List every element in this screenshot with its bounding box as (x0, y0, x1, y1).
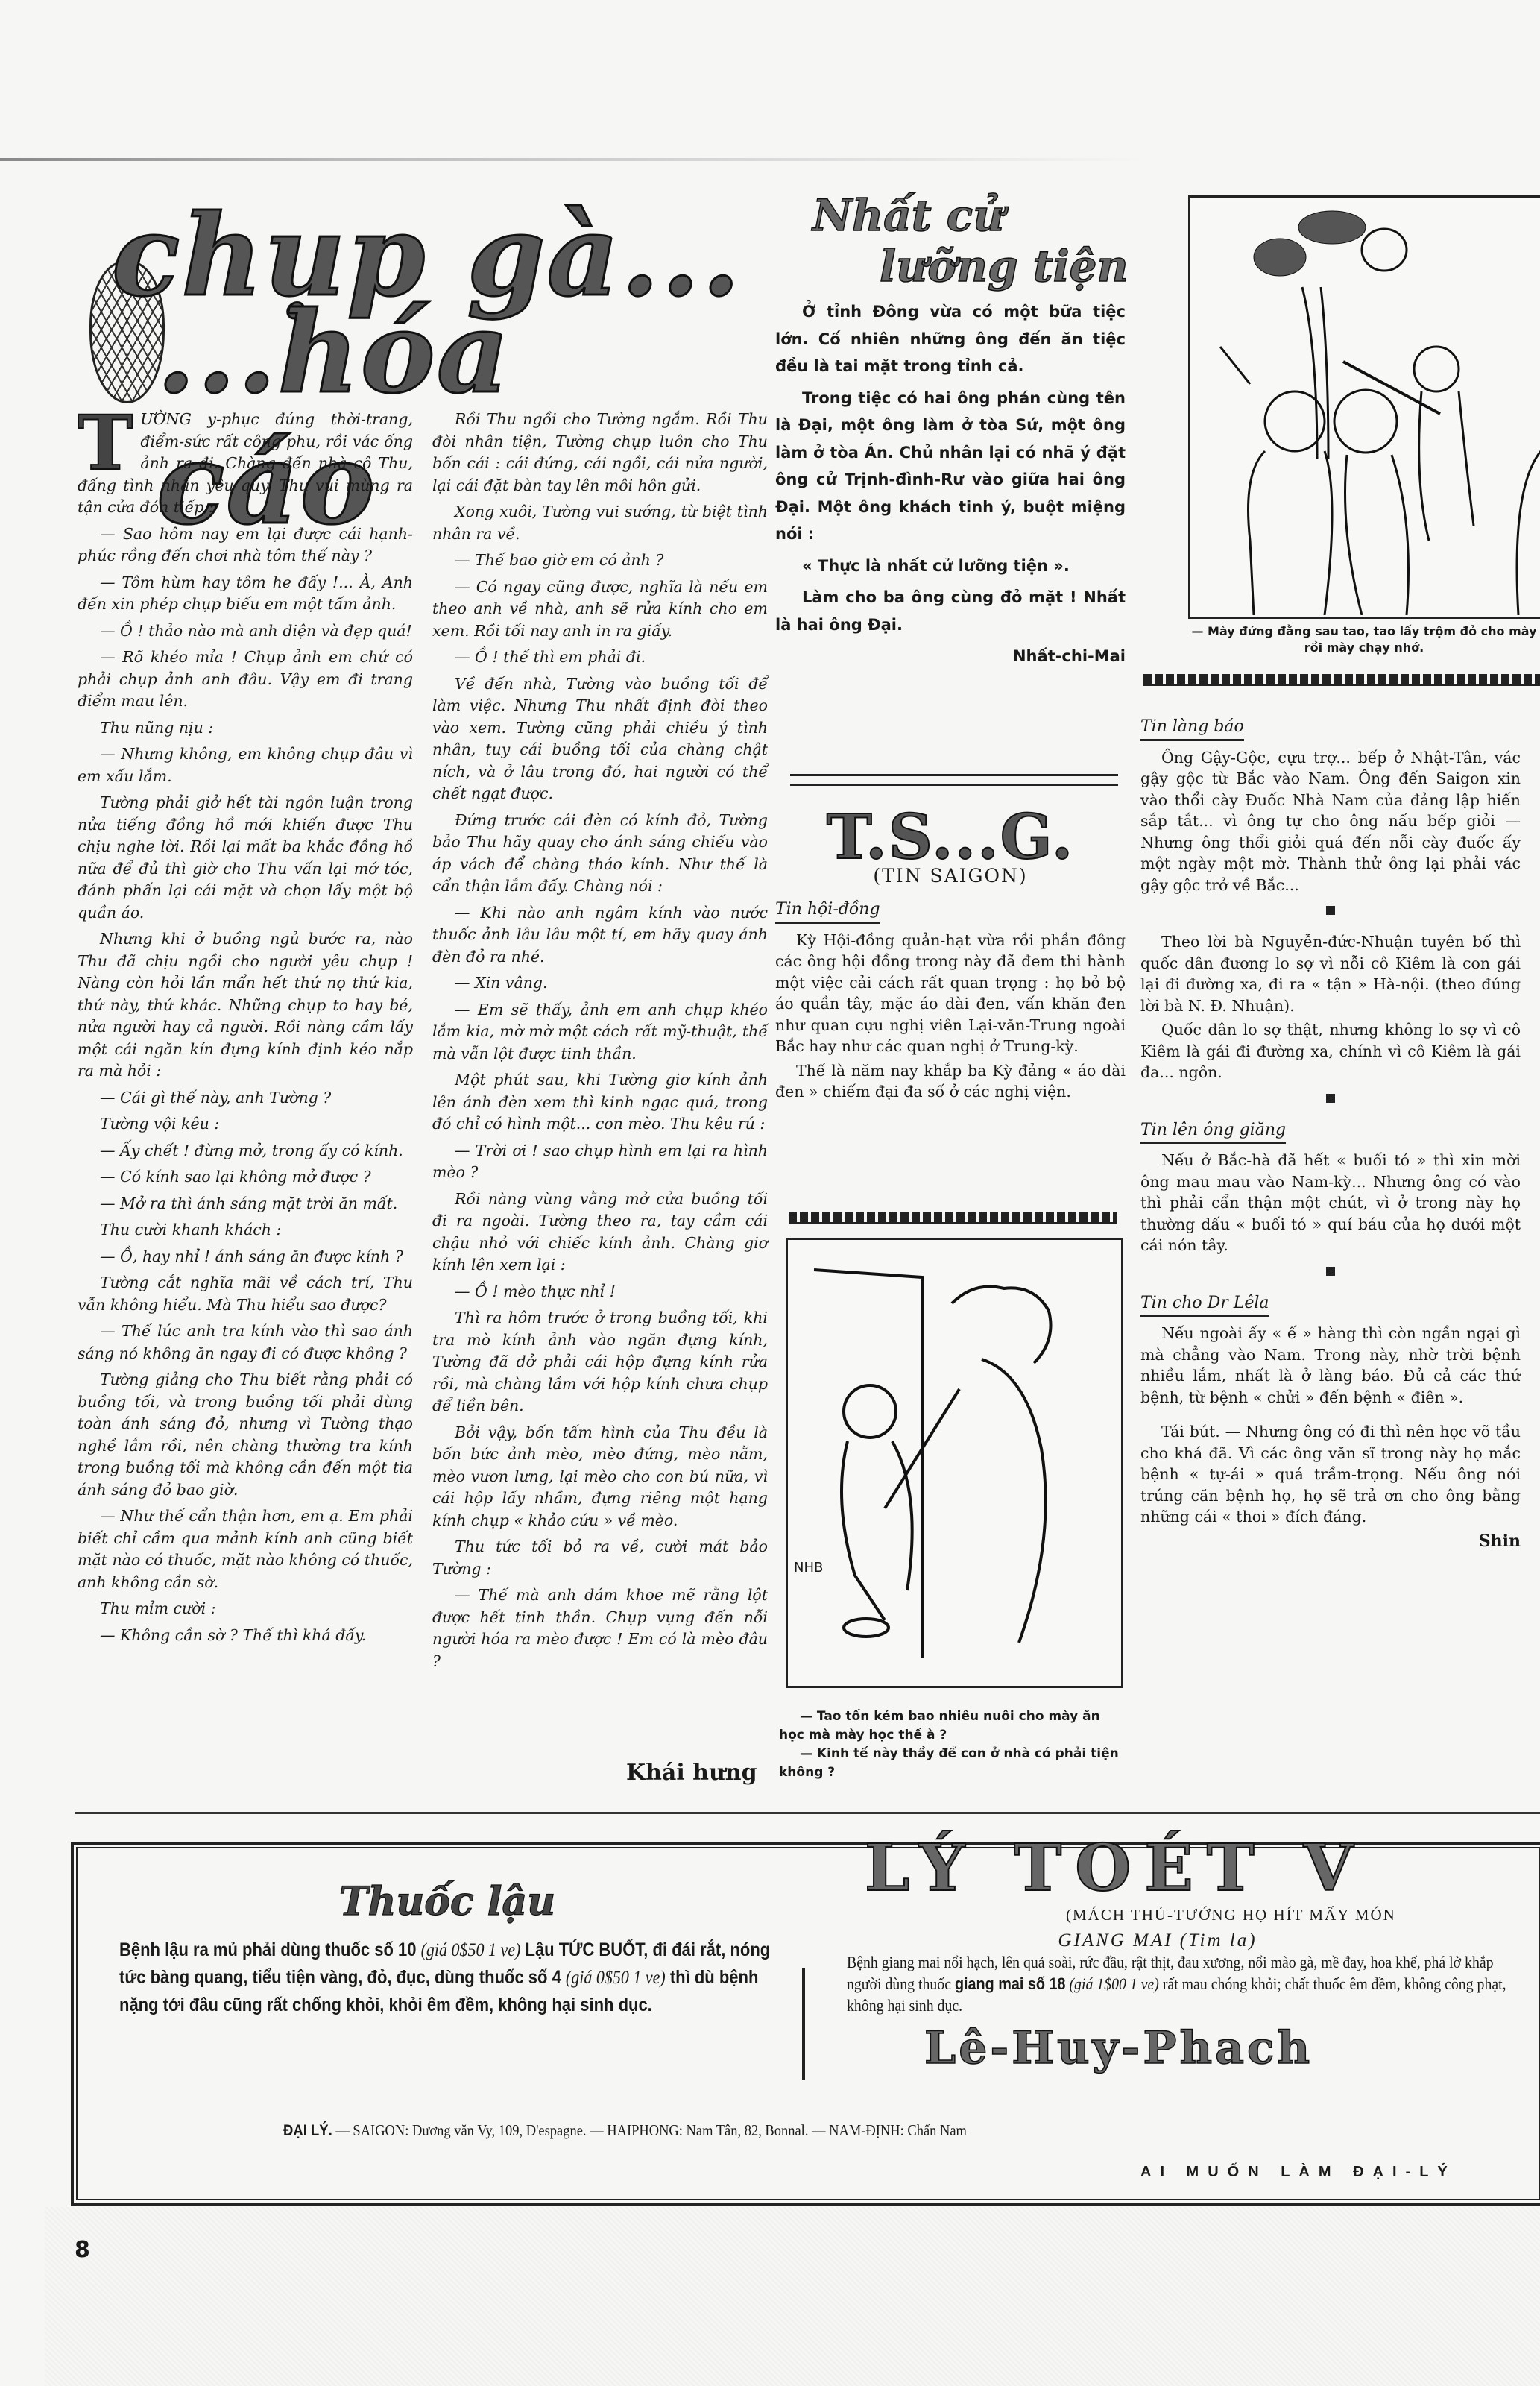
ad-title: LÝ TOÉT V (865, 1831, 1540, 1906)
story-author: Khái hưng (626, 1760, 757, 1786)
ad-body: Bệnh giang mai nổi hạch, lên quả soài, r… (847, 1951, 1518, 2016)
ad-ly-toet: LÝ TOÉT V (MÁCH THỦ-TƯỚNG HỌ HÍT MẤY MÓN… (820, 1831, 1540, 2074)
ad-price: (giá 0$50 1 ve) (566, 1968, 666, 1988)
story-paragraph: Thu cười khanh khách : (78, 1219, 413, 1241)
cartoon-caption: — Kinh tế này thầy để con ở nhà có phải … (779, 1745, 1122, 1782)
story-paragraph: — Rõ khéo mỉa ! Chụp ảnh em chứ có phải … (78, 646, 413, 713)
story-paragraph: — Thế mà anh dám khoe mẽ rằng lột được h… (432, 1584, 768, 1672)
nhat-cu-title-line2: lưỡng tiện (880, 241, 1129, 292)
story-paragraph: — Nhưng không, em không chụp đâu vì em x… (78, 743, 413, 787)
nhat-cu-paragraph: Làm cho ba ông cùng đỏ mặt ! Nhất là hai… (775, 584, 1126, 638)
story-paragraph: — Tôm hùm hay tôm he đấy !... À, Anh đến… (78, 572, 413, 616)
section-heading: Tin lên ông giăng (1140, 1120, 1286, 1145)
story-paragraph: Thu nũng nịu : (78, 717, 413, 740)
ad-thuoc-lau: Thuốc lậu Bệnh lậu ra mủ phải dùng thuốc… (119, 1879, 775, 2019)
page-separator (75, 1812, 1540, 1814)
nhat-cu-title: Nhất cử lưỡng tiện (798, 190, 1133, 287)
news-paragraph: Quốc dân lo sợ thật, nhưng không lo sợ v… (1140, 1019, 1521, 1083)
page-margin-noise (45, 2207, 1540, 2386)
ad-divider (802, 1968, 805, 2080)
nhat-cu-paragraph: « Thực là nhất cử lưỡng tiện ». (775, 553, 1126, 580)
scan-edge-line (0, 158, 1148, 161)
cartoon-boys-tree (1188, 195, 1540, 619)
cartoon-father-son: NHB (786, 1238, 1123, 1688)
ad-call-to-action: AI MUỐN LÀM ĐẠI-LÝ (1140, 2164, 1457, 2181)
story-paragraph: — Khi nào anh ngâm kính vào nước thuốc ả… (432, 902, 768, 969)
news-paragraph: Ông Gậy-Gộc, cựu trợ... bếp ở Nhật-Tân, … (1140, 747, 1521, 896)
news-paragraph: Nếu ngoài ấy « ế » hàng thì còn ngần ngạ… (1140, 1323, 1521, 1408)
tsg-news: Tin hội-đồng Kỳ Hội-đồng quản-hạt vừa rồ… (775, 898, 1126, 1106)
section-heading: Tin làng báo (1140, 717, 1244, 741)
cartoon-caption: — Mày đứng đằng sau tao, tao lấy trộm đỏ… (1185, 623, 1540, 656)
story-paragraph: — Ồ ! thế thì em phải đi. (432, 646, 768, 669)
story-paragraph: — Có ngay cũng được, nghĩa là nếu em the… (432, 576, 768, 643)
story-paragraph: Nhưng khi ở buồng ngủ bước ra, nào Thu đ… (78, 928, 413, 1083)
story-paragraph: Về đến nhà, Tường vào buồng tối để làm v… (432, 673, 768, 805)
ad-agents: ĐẠI LÝ. — SAIGON: Dương văn Vy, 109, D'e… (283, 2121, 967, 2140)
agents-label: ĐẠI LÝ. (283, 2122, 332, 2139)
ad-text: Bệnh lậu ra mủ phải dùng thuốc số 10 (119, 1939, 421, 1960)
story-paragraph: Bởi vậy, bốn tấm hình của Thu đều là bốn… (432, 1422, 768, 1532)
ad-brand: Lê-Huy-Phach (924, 2022, 1540, 2074)
page-number: 8 (75, 2237, 90, 2263)
section-heading: Tin cho Dr Lêla (1140, 1293, 1269, 1318)
nhat-cu-body: Ở tỉnh Đông vừa có một bữa tiệc lớn. Cố … (775, 298, 1126, 670)
news-paragraph: Tái bút. — Nhưng ông có đi thì nên học v… (1140, 1421, 1521, 1528)
story-paragraph: Rồi Thu ngồi cho Tường ngắm. Rồi Thu đòi… (432, 409, 768, 497)
story-paragraph: Tường giảng cho Thu biết rằng phải có bu… (78, 1369, 413, 1501)
story-paragraph: — Ấy chết ! đừng mở, trong ấy có kính. (78, 1140, 413, 1162)
cartoon-drawing-icon (788, 1240, 1121, 1686)
story-paragraph: — Mở ra thì ánh sáng mặt trời ăn mất. (78, 1193, 413, 1215)
ad-section: GIANG MAI (Tim la) (775, 1930, 1540, 1951)
artist-signature: NHB (794, 1561, 809, 1576)
dashed-divider (1143, 674, 1540, 686)
section-divider (790, 774, 1118, 786)
story-paragraph: Thì ra hôm trước ở trong buồng tối, khi … (432, 1307, 768, 1417)
right-column-author: Shin (1140, 1531, 1521, 1552)
story-paragraph: — Có kính sao lại không mở được ? (78, 1166, 413, 1189)
separator-bullet-icon (1326, 1267, 1335, 1276)
story-title-art: chụp gà... ...hóa cáo (45, 190, 760, 406)
story-paragraph: — Không cần sờ ? Thế thì khá đấy. (78, 1625, 413, 1647)
ad-title: Thuốc lậu (119, 1879, 775, 1924)
story-paragraph: — Thế lúc anh tra kính vào thì sao ánh s… (78, 1321, 413, 1364)
ad-body: Bệnh lậu ra mủ phải dùng thuốc số 10 (gi… (119, 1936, 775, 2019)
section-heading: Tin hội-đồng (775, 899, 880, 924)
story-paragraph: — Ồ ! mèo thực nhỉ ! (432, 1281, 768, 1303)
nhat-cu-paragraph: Ở tỉnh Đông vừa có một bữa tiệc lớn. Cố … (775, 298, 1126, 380)
ad-subtitle: (MÁCH THỦ-TƯỚNG HỌ HÍT MẤY MÓN (1066, 1906, 1540, 1924)
right-column-news: Tin làng báo Ông Gậy-Gộc, cựu trợ... bếp… (1140, 716, 1521, 1552)
story-paragraph: Thu mỉm cười : (78, 1598, 413, 1620)
story-paragraph: — Cái gì thế này, anh Tường ? (78, 1087, 413, 1109)
story-paragraph: Xong xuôi, Tường vui sướng, từ biệt tình… (432, 501, 768, 545)
cartoon-drawing-icon (1190, 198, 1540, 615)
news-paragraph: Nếu ở Bắc-hà đã hết « buối tó » thì xin … (1140, 1150, 1521, 1256)
story-paragraph: Một phút sau, khi Tường giơ kính ảnh lên… (432, 1069, 768, 1136)
nhat-cu-paragraph: Trong tiệc có hai ông phán cùng tên là Đ… (775, 385, 1126, 548)
story-paragraph: — Trời ơi ! sao chụp hình em lại ra hình… (432, 1140, 768, 1184)
story-paragraph: Thu tức tối bỏ ra về, cười mát bảo Tường… (432, 1536, 768, 1580)
nhat-cu-author: Nhất-chi-Mai (775, 643, 1126, 670)
story-paragraph: — Em sẽ thấy, ảnh em anh chụp khéo lắm k… (432, 999, 768, 1065)
nhat-cu-title-line1: Nhất cử (812, 190, 1004, 241)
story-paragraph: Tường cắt nghĩa mãi về cách trí, Thu vẫn… (78, 1272, 413, 1316)
ad-product: giang mai số 18 (955, 1974, 1066, 1993)
story-paragraph: — Như thế cẩn thận hơn, em ạ. Em phải bi… (78, 1505, 413, 1593)
news-paragraph: Kỳ Hội-đồng quản-hạt vừa rồi phần đông c… (775, 930, 1126, 1057)
story-paragraph: Tường vội kêu : (78, 1113, 413, 1136)
story-paragraph: — Sao hôm nay em lại được cái hạnh-phúc … (78, 523, 413, 567)
story-paragraph: — Ồ ! thảo nào mà anh diện và đẹp quá! (78, 620, 413, 643)
drop-cap: T (78, 412, 133, 474)
story-column-a: T ƯỜNG y-phục đúng thời-trang, điểm-sức … (78, 409, 413, 1651)
news-paragraph: Thế là năm nay khắp ba Kỳ đảng « áo dài … (775, 1060, 1126, 1103)
ad-price: (giá 0$50 1 ve) (421, 1940, 521, 1960)
story-paragraph: — Thế bao giờ em có ảnh ? (432, 550, 768, 572)
separator-bullet-icon (1326, 1094, 1335, 1103)
story-paragraph: — Xin vâng. (432, 972, 768, 995)
story-paragraph: Rồi nàng vùng vằng mở cửa buồng tối đi r… (432, 1189, 768, 1277)
story-paragraph: Tường phải giở hết tài ngôn luận trong n… (78, 792, 413, 924)
tsg-subtitle: (TIN SAIGON) (775, 865, 1126, 887)
story-paragraph: Đứng trước cái đèn có kính đỏ, Tường bảo… (432, 810, 768, 898)
tsg-title: T.S...G. (775, 802, 1126, 873)
story-column-b: Rồi Thu ngồi cho Tường ngắm. Rồi Thu đòi… (432, 409, 768, 1677)
news-paragraph: Theo lời bà Nguyễn-đức-Nhuận tuyên bố th… (1140, 931, 1521, 1016)
ad-price: (giá 1$00 1 ve) (1065, 1974, 1158, 1993)
dashed-divider (789, 1212, 1117, 1224)
agents-text: — SAIGON: Dương văn Vy, 109, D'espagne. … (332, 2121, 967, 2139)
cartoon-caption: — Tao tốn kém bao nhiêu nuôi cho mày ăn … (779, 1707, 1122, 1745)
story-paragraph: — Ồ, hay nhỉ ! ánh sáng ăn được kính ? (78, 1246, 413, 1268)
newspaper-page: chụp gà... ...hóa cáo T ƯỜNG y-phục đúng… (0, 0, 1540, 2386)
separator-bullet-icon (1326, 906, 1335, 915)
